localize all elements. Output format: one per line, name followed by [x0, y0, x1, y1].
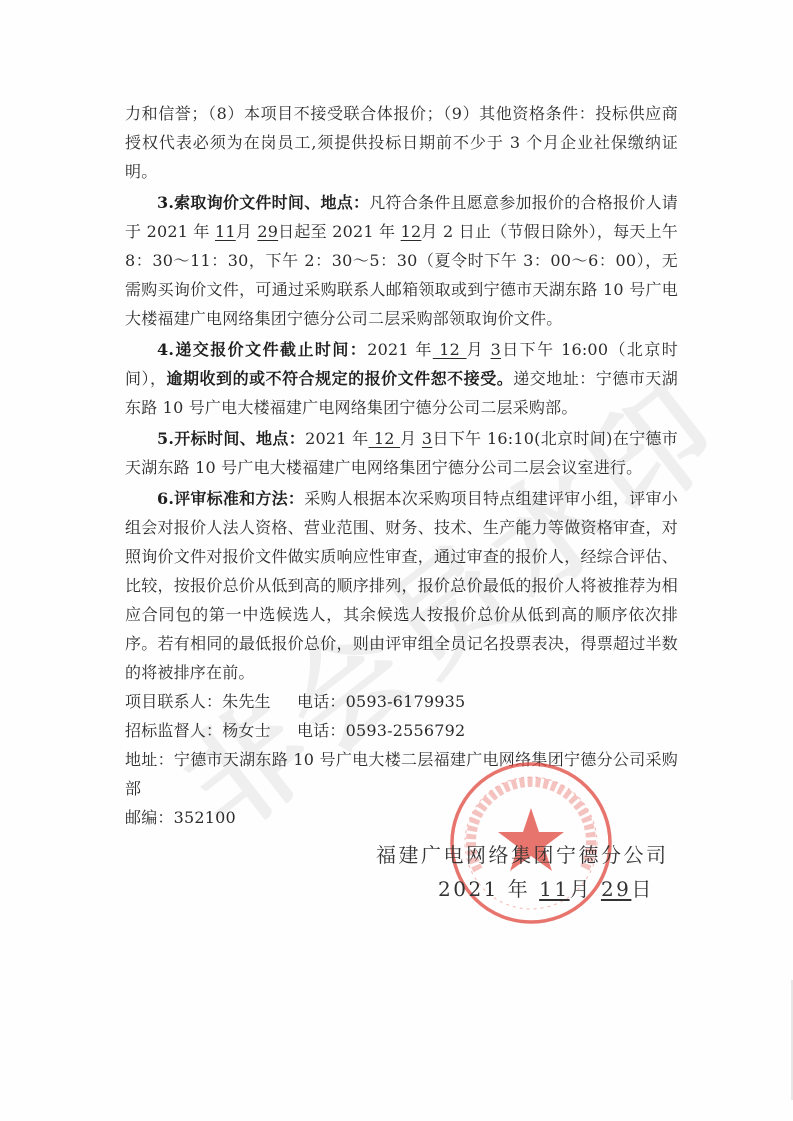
section-heading: 3.索取询价文件时间、地点： — [157, 193, 369, 212]
underlined-value: 12 — [433, 340, 467, 359]
text: 采购人根据本次采购项目特点组建评审小组，评审小组会对报价人法人资格、营业范围、财… — [125, 489, 678, 682]
section-heading: 4.递交报价文件截止时间： — [157, 340, 367, 359]
section-3-document-retrieval: 3.索取询价文件时间、地点：凡符合条件且愿意参加报价的合格报价人请于 2021 … — [125, 188, 678, 333]
text: 月 — [236, 222, 258, 241]
contact-phone: 电话：0593-2556792 — [297, 716, 465, 745]
date-month: 11 — [539, 877, 569, 901]
qualification-continuation: 力和信誉；（8）本项目不接受联合体报价；（9）其他资格条件：投标供应商授权代表必… — [125, 99, 678, 186]
document-body: 力和信誉；（8）本项目不接受联合体报价；（9）其他资格条件：投标供应商授权代表必… — [125, 99, 678, 832]
bold-notice: 逾期收到的或不符合规定的报价文件恕不接受。 — [167, 369, 514, 388]
contact-project: 项目联系人：朱先生 电话：0593-6179935 — [125, 687, 678, 716]
date-year: 2021 年 — [438, 877, 539, 901]
section-6-evaluation-method: 6.评审标准和方法：采购人根据本次采购项目特点组建评审小组，评审小组会对报价人法… — [125, 484, 678, 687]
underlined-value: 3 — [422, 429, 432, 448]
text: 2021 年 — [305, 429, 368, 448]
contact-person: 项目联系人：朱先生 — [125, 687, 297, 716]
section-heading: 5.开标时间、地点： — [157, 429, 305, 448]
section-heading: 6.评审标准和方法： — [157, 489, 304, 508]
underlined-value: 29 — [257, 222, 278, 241]
text: 月 — [400, 429, 422, 448]
signature-block: 福建广电网络集团宁德分公司 2021 年 11月 29日 — [376, 838, 666, 906]
section-5-bid-opening: 5.开标时间、地点：2021 年 12 月 3日下午 16:10(北京时间)在宁… — [125, 424, 678, 482]
document-page: 非会员水印 力和信誉；（8）本项目不接受联合体报价；（9）其他资格条件：投标供应… — [0, 0, 793, 1121]
contact-person: 招标监督人：杨女士 — [125, 716, 297, 745]
underlined-value: 11 — [215, 222, 236, 241]
text: 日起至 2021 年 — [278, 222, 401, 241]
issue-date: 2021 年 11月 29日 — [376, 872, 666, 906]
issuing-organization: 福建广电网络集团宁德分公司 — [376, 838, 666, 872]
date-day: 29 — [601, 877, 631, 901]
underlined-value: 12 — [401, 222, 422, 241]
contact-phone: 电话：0593-6179935 — [297, 687, 465, 716]
date-text: 月 — [570, 877, 601, 901]
text-line: 权代表必须为在岗员工,须提供投标日期前不少于 3 个月企业社保缴纳证明。 — [125, 133, 678, 181]
date-text: 日 — [631, 877, 654, 901]
text: 月 — [467, 340, 491, 359]
section-4-submission-deadline: 4.递交报价文件截止时间：2021 年 12 月 3日下午 16:00（北京时间… — [125, 335, 678, 422]
text: 2021 年 — [367, 340, 433, 359]
underlined-value: 3 — [491, 340, 501, 359]
contact-supervisor: 招标监督人：杨女士 电话：0593-2556792 — [125, 716, 678, 745]
underlined-value: 12 — [368, 429, 400, 448]
